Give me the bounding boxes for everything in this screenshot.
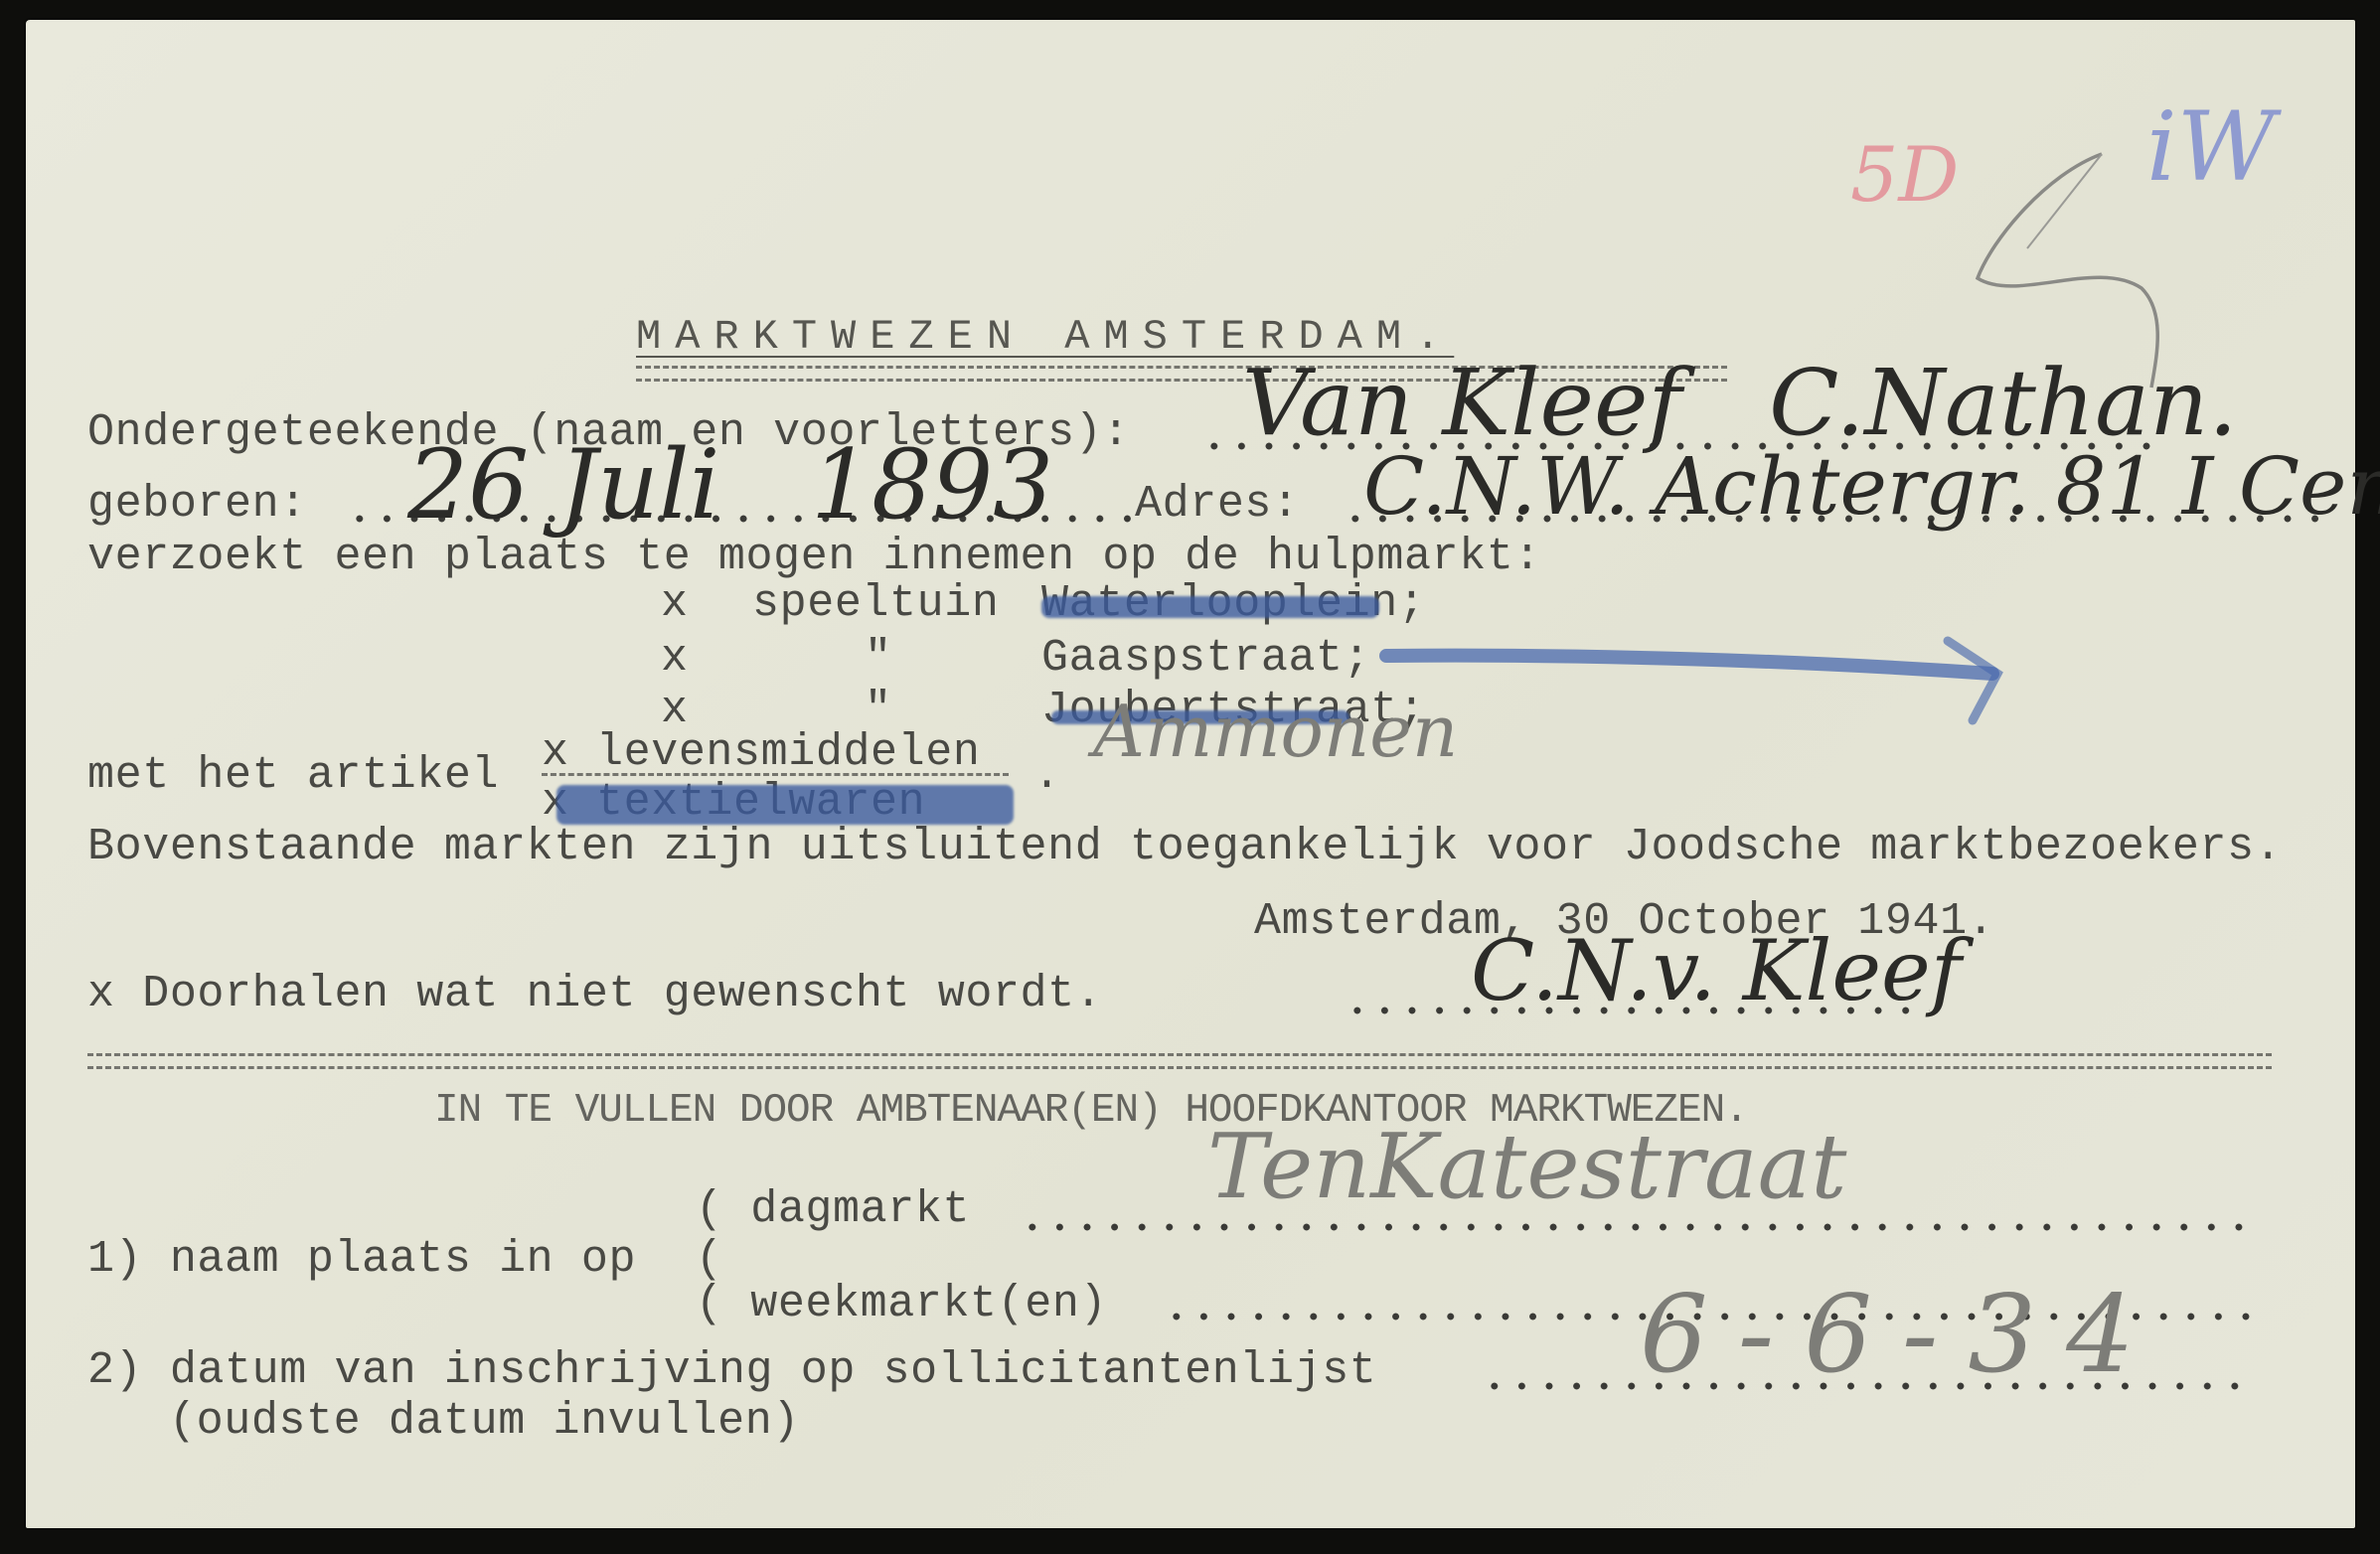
market-type-ditto: " (865, 688, 892, 732)
dagmarkt-dots (1019, 1222, 2251, 1232)
address-label: Adres: (1135, 482, 1300, 527)
market-marker: x (661, 636, 689, 681)
red-pencil-mark: 5D (1850, 137, 1959, 213)
born-field: 26 Juli 1893 (407, 437, 1053, 533)
item1-label: 1) naam plaats in op (87, 1237, 636, 1282)
market-type-ditto: " (865, 636, 892, 681)
blue-strikeout (1041, 596, 1379, 618)
article-label: met het artikel (87, 753, 499, 798)
article-marker: x (542, 730, 569, 775)
item2-label: 2) datum van inschrijving op sollicitant… (87, 1348, 1376, 1393)
article-period: . (1033, 753, 1061, 798)
notice-text: Bovenstaande markten zijn uitsluitend to… (87, 825, 2282, 869)
market-location: Gaaspstraat; (1041, 636, 1370, 681)
address-field: C.N.W. Achtergr. 81 I Centrum (1363, 447, 2380, 527)
blue-arrow-icon (1386, 636, 2022, 735)
item2-field: 6-6-34 (1640, 1282, 2164, 1389)
pencil-scribble-icon (1958, 129, 2196, 388)
brace-mid: ( (696, 1237, 723, 1282)
market-type: speeltuin (752, 581, 999, 626)
item2-note: (oudste datum invullen) (169, 1399, 800, 1444)
strike-note: x Doorhalen wat niet gewenscht wordt. (87, 972, 1102, 1016)
signature: C.N.v. Kleef (1471, 929, 1962, 1012)
dagmarkt-field: TenKatestraat (1207, 1123, 1846, 1212)
name-field: Van Kleef C.Nathan. (1242, 358, 2237, 449)
section-double-rule (87, 1053, 2272, 1069)
market-marker: x (661, 581, 689, 626)
blue-strikeout (556, 785, 1014, 825)
article-handwritten: Ammonen (1093, 696, 1458, 767)
born-label: geboren: (87, 482, 307, 527)
article-option: levensmiddelen (596, 730, 980, 775)
request-line: verzoekt een plaats te mogen innemen op … (87, 535, 1541, 579)
dagmarkt-label: ( dagmarkt (696, 1187, 970, 1232)
market-marker: x (661, 688, 689, 732)
weekmarkt-label: ( weekmarkt(en) (696, 1282, 1107, 1326)
